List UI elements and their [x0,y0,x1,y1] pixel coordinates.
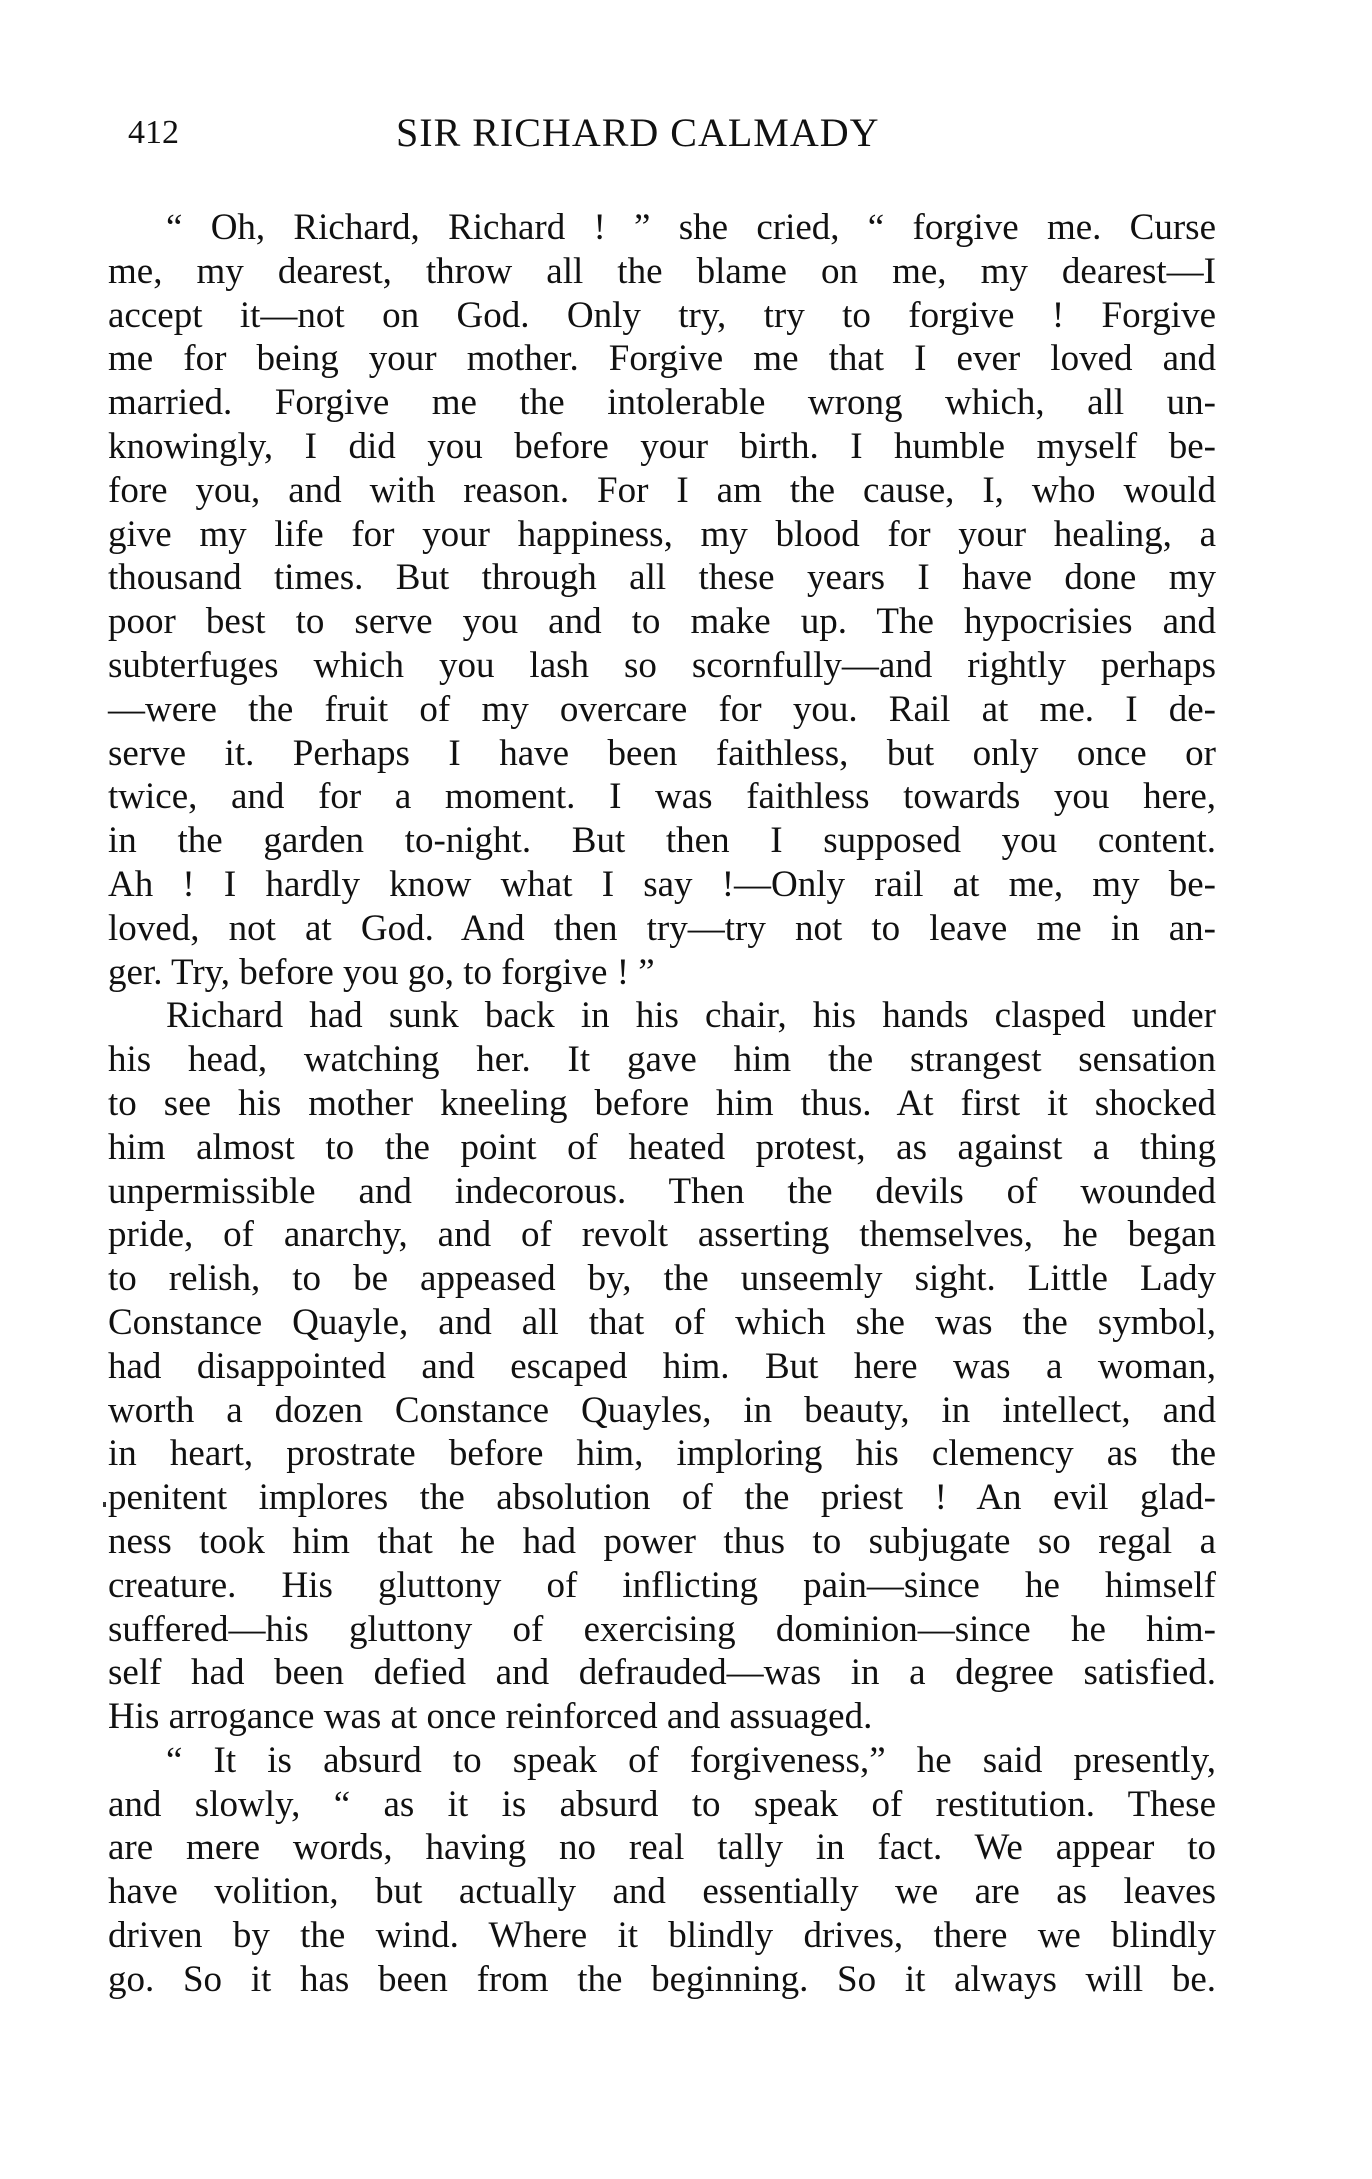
text-line: knowingly, I did you before your birth. … [108,425,1216,469]
text-line: pride, of anarchy, and of revolt asserti… [108,1213,1216,1257]
text-line: Richard had sunk back in his chair, his … [108,994,1216,1038]
text-line: give my life for your happiness, my bloo… [108,513,1216,557]
text-line: thousand times. But through all these ye… [108,556,1216,600]
text-line: have volition, but actually and essentia… [108,1870,1216,1914]
text-line: go. So it has been from the beginning. S… [108,1958,1216,2002]
text-line: —were the fruit of my overcare for you. … [108,688,1216,732]
text-line: ness took him that he had power thus to … [108,1520,1216,1564]
text-line: twice, and for a moment. I was faithless… [108,775,1216,819]
page-number: 412 [128,108,179,158]
text-line: subterfuges which you lash so scornfully… [108,644,1216,688]
text-line: “ It is absurd to speak of forgiveness,”… [108,1739,1216,1783]
text-line: to relish, to be appeased by, the unseem… [108,1257,1216,1301]
text-line: and slowly, “ as it is absurd to speak o… [108,1783,1216,1827]
text-line: in heart, prostrate before him, implorin… [108,1432,1216,1476]
text-line: self had been defied and defrauded—was i… [108,1651,1216,1695]
margin-speck [103,1502,106,1507]
text-line: Constance Quayle, and all that of which … [108,1301,1216,1345]
text-line: had disappointed and escaped him. But he… [108,1345,1216,1389]
text-line: worth a dozen Constance Quayles, in beau… [108,1389,1216,1433]
text-line: me, my dearest, throw all the blame on m… [108,250,1216,294]
text-line: His arrogance was at once reinforced and… [108,1695,1216,1739]
text-line: in the garden to-night. But then I suppo… [108,819,1216,863]
text-line: accept it—not on God. Only try, try to f… [108,294,1216,338]
body-text: “ Oh, Richard, Richard ! ” she cried, “ … [108,206,1216,2002]
text-line: driven by the wind. Where it blindly dri… [108,1914,1216,1958]
text-line: ger. Try, before you go, to forgive ! ” [108,951,1216,995]
text-line: him almost to the point of heated protes… [108,1126,1216,1170]
text-line: to see his mother kneeling before him th… [108,1082,1216,1126]
text-line: married. Forgive me the intolerable wron… [108,381,1216,425]
text-line: unpermissible and indecorous. Then the d… [108,1170,1216,1214]
running-head: 412 SIR RICHARD CALMADY [128,108,1218,158]
text-line: penitent implores the absolution of the … [108,1476,1216,1520]
text-line: are mere words, having no real tally in … [108,1826,1216,1870]
book-page: 412 SIR RICHARD CALMADY “ Oh, Richard, R… [0,0,1372,2179]
paragraph-1: “ Oh, Richard, Richard ! ” she cried, “ … [108,206,1216,994]
text-line: his head, watching her. It gave him the … [108,1038,1216,1082]
text-line: fore you, and with reason. For I am the … [108,469,1216,513]
text-line: creature. His gluttony of inflicting pai… [108,1564,1216,1608]
paragraph-3: “ It is absurd to speak of forgiveness,”… [108,1739,1216,2002]
text-line: suffered—his gluttony of exercising domi… [108,1608,1216,1652]
text-line: loved, not at God. And then try—try not … [108,907,1216,951]
text-line: poor best to serve you and to make up. T… [108,600,1216,644]
text-line: serve it. Perhaps I have been faithless,… [108,732,1216,776]
text-line: “ Oh, Richard, Richard ! ” she cried, “ … [108,206,1216,250]
text-line: me for being your mother. Forgive me tha… [108,337,1216,381]
book-title: SIR RICHARD CALMADY [396,108,880,158]
paragraph-2: Richard had sunk back in his chair, his … [108,994,1216,1739]
text-line: Ah ! I hardly know what I say !—Only rai… [108,863,1216,907]
